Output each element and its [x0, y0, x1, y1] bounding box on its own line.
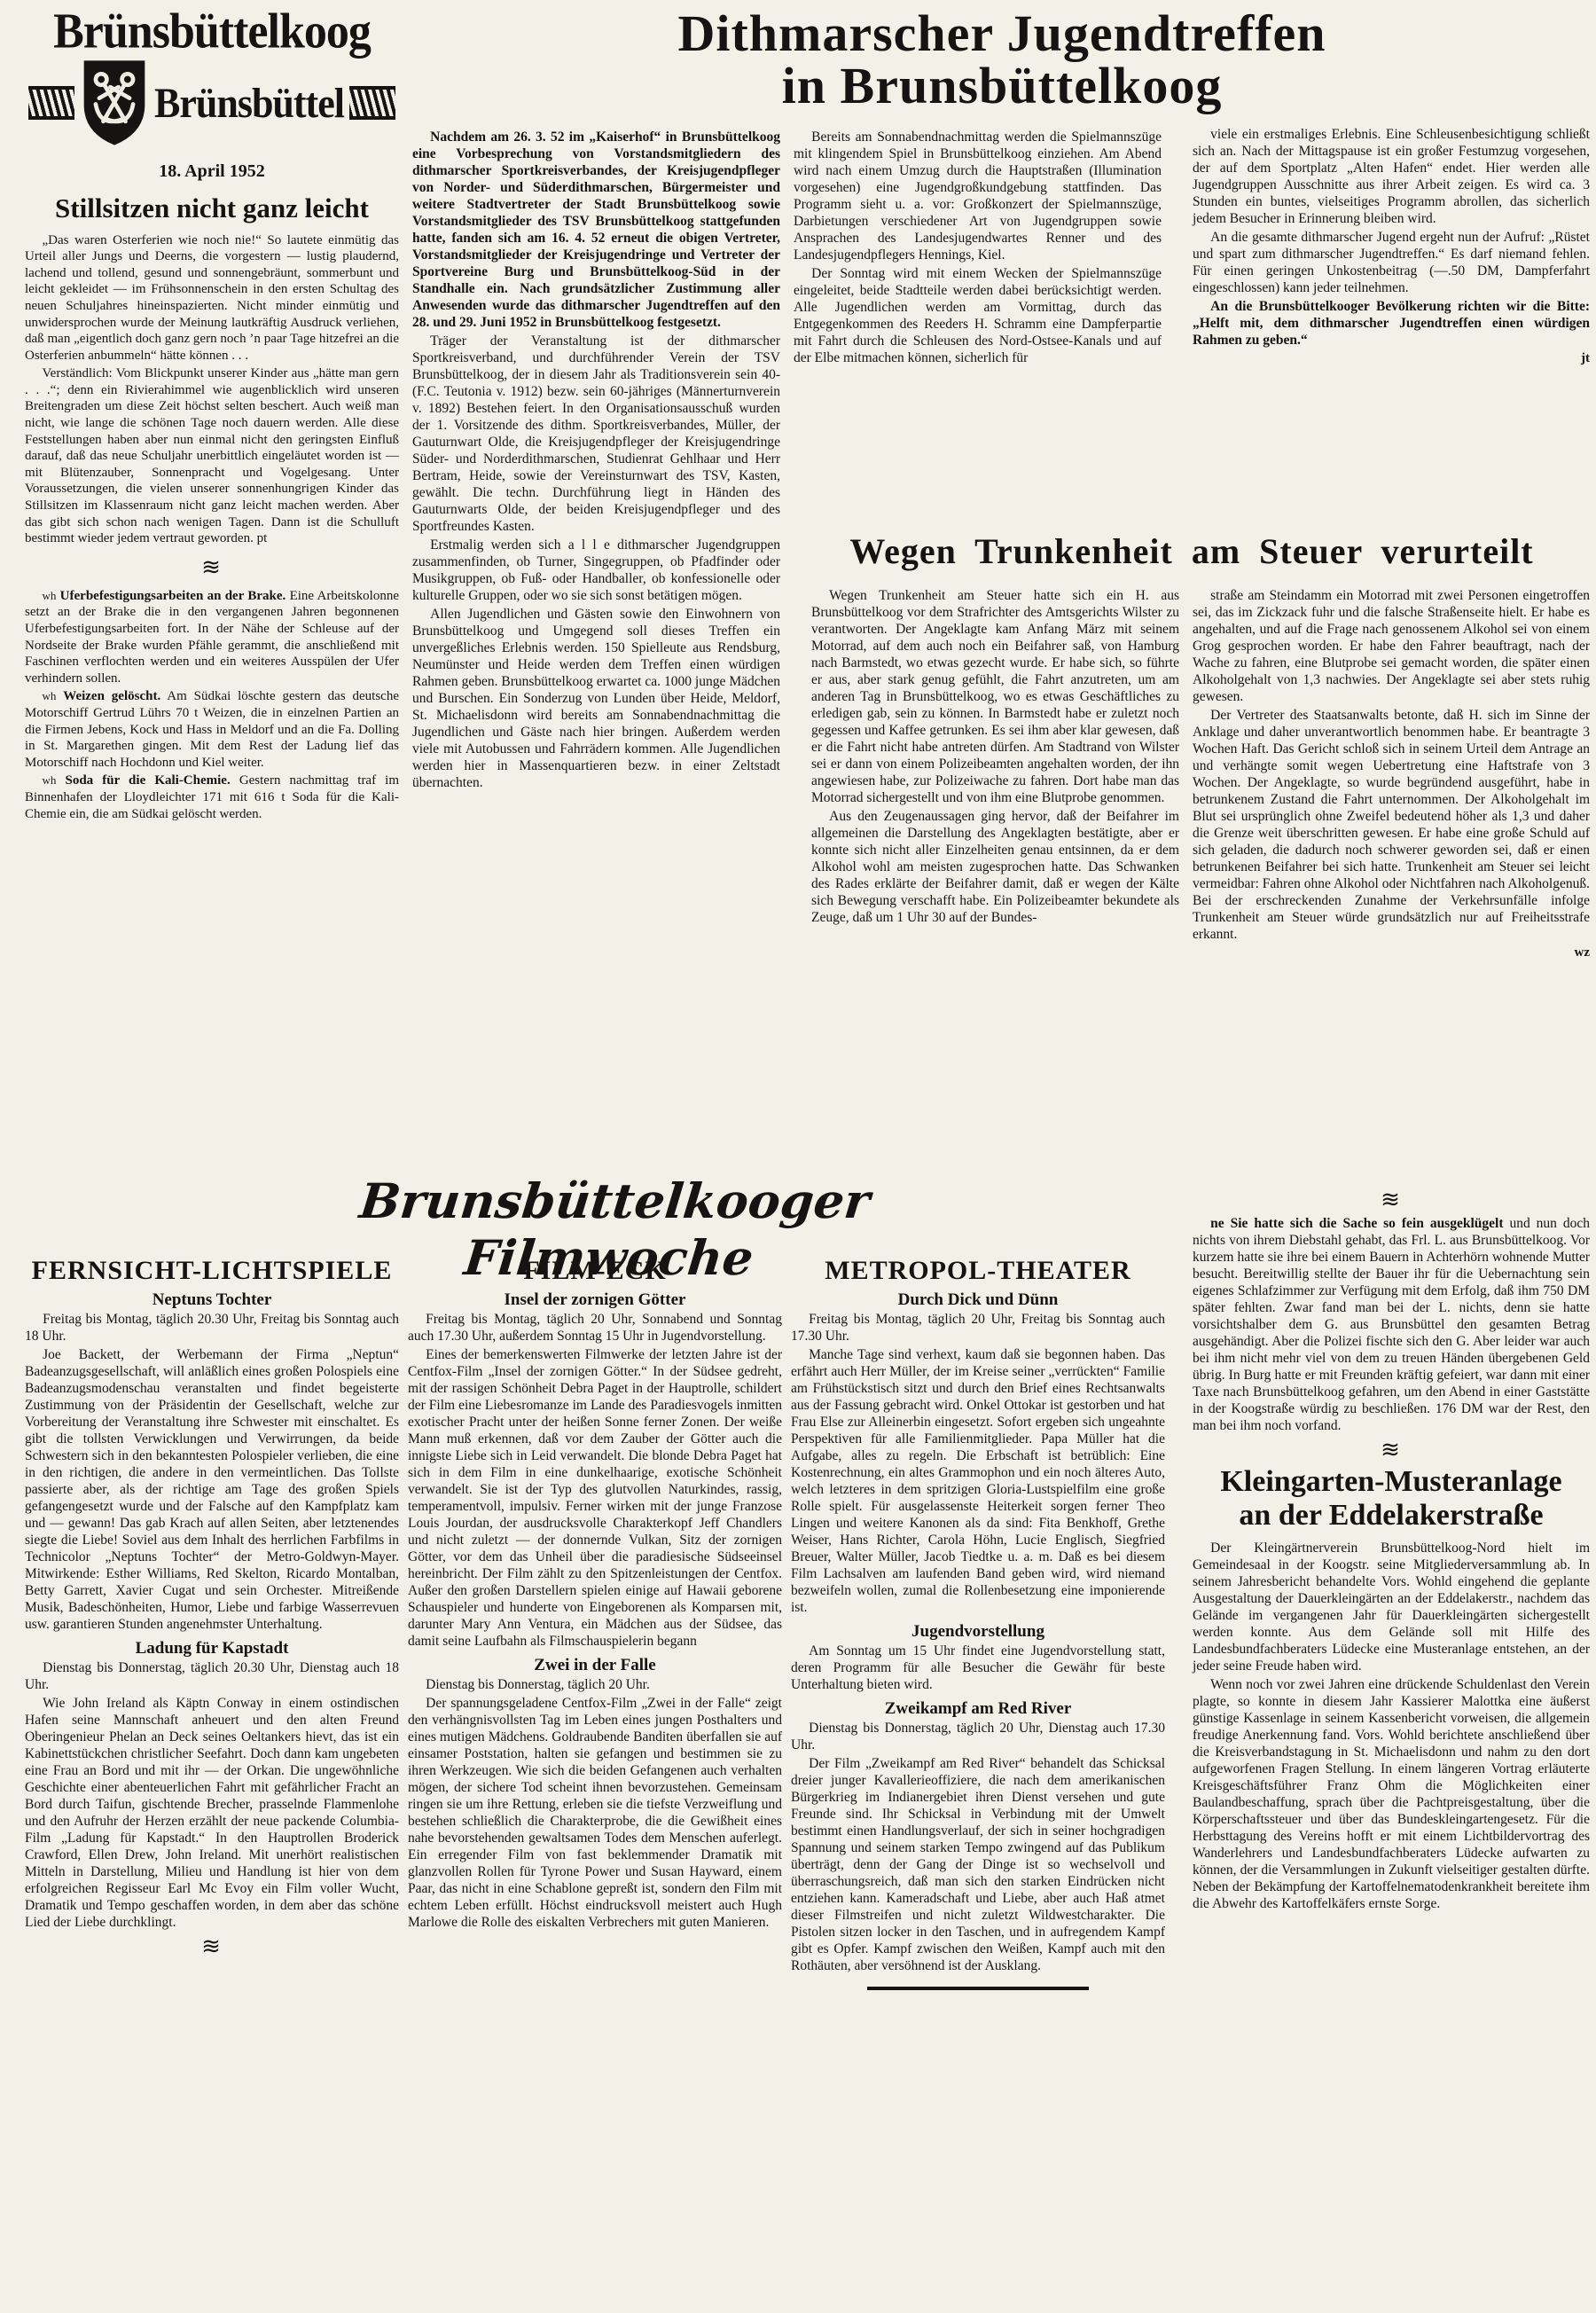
paragraph: Verständlich: Vom Blickpunkt unserer Kin… [25, 365, 399, 547]
cinema-name: METROPOL-THEATER [791, 1258, 1165, 1284]
left-column: Brünsbüttelkoog [25, 9, 399, 824]
film-title: Durch Dick und Dünn [791, 1291, 1165, 1309]
main-headline-line2: in Brunsbüttelkoog [417, 59, 1587, 112]
paragraph: An die Brunsbüttelkooger Bevölkerung ric… [1193, 298, 1590, 349]
issue-date: 18. April 1952 [25, 161, 399, 182]
brief-tag: wh [43, 589, 57, 602]
film-review: Eines der bemerkenswerten Filmwerke der … [408, 1346, 782, 1650]
paragraph: An die gesamte dithmarscher Jugend ergeh… [1193, 229, 1590, 296]
paragraph: Erstmalig werden sich a l l e dithmarsch… [412, 537, 780, 604]
film-times: Freitag bis Montag, täglich 20.30 Uhr, F… [25, 1311, 399, 1345]
author-initials: wz [1193, 945, 1590, 961]
film-title: Insel der zornigen Götter [408, 1291, 782, 1309]
author-initials: jt [1193, 350, 1590, 367]
paragraph: Der Vertreter des Staatsanwalts betonte,… [1193, 707, 1590, 943]
film-title: Ladung für Kapstadt [25, 1640, 399, 1658]
theft-article: ne Sie hatte sich die Sache so fein ausg… [1193, 1215, 1590, 1434]
film-title: Zwei in der Falle [408, 1657, 782, 1674]
main-headline-line1: Dithmarscher Jugendtreffen [417, 7, 1587, 59]
jugendvorstellung-text: Am Sonntag um 15 Uhr findet eine Jugendv… [791, 1643, 1165, 1693]
news-briefs: wh Uferbefestigungsarbeiten an der Brake… [25, 588, 399, 822]
paragraph: Allen Jugendlichen und Gästen sowie den … [412, 606, 780, 791]
paragraph: Der Sonntag wird mit einem Wecken der Sp… [794, 265, 1162, 366]
kleingarten-headline-line2: an der Eddelakerstraße [1193, 1499, 1590, 1533]
trunkenheit-col1: Wegen Trunkenheit am Steuer hatte sich e… [811, 587, 1179, 928]
wavy-separator-icon: ≋ [1193, 1441, 1590, 1458]
cinema-name: FERNSICHT-LICHTSPIELE [25, 1258, 399, 1284]
news-brief: wh Soda für die Kali-Chemie. Gestern nac… [25, 772, 399, 822]
masthead: Brünsbüttelkoog [25, 9, 399, 182]
film-title: Zweikampf am Red River [791, 1700, 1165, 1718]
ribbon-right-icon [349, 86, 395, 120]
film-review: Manche Tage sind verhext, kaum daß sie b… [791, 1346, 1165, 1616]
brief-tag: wh [43, 773, 57, 787]
brief-title: Soda für die Kali-Chemie. [65, 773, 230, 788]
wavy-separator-icon: ≋ [1193, 1191, 1590, 1208]
kleingarten-headline: Kleingarten-Musteranlage an der Eddelake… [1193, 1465, 1590, 1533]
theft-text: und nun doch nichts von ihrem Diebstahl … [1193, 1216, 1590, 1433]
jugendvorstellung-title: Jugendvorstellung [791, 1623, 1165, 1641]
cinema-filmeck-column: FILM-ECK Insel der zornigen Götter Freit… [408, 1258, 782, 1933]
film-review: Joe Backett, der Werbemann der Firma „Ne… [25, 1346, 399, 1633]
film-review: Der spannungsgeladene Centfox-Film „Zwei… [408, 1695, 782, 1931]
paragraph: Bereits am Sonnabendnachmittag werden di… [794, 129, 1162, 263]
paragraph: „Das waren Osterferien wie noch nie!“ So… [25, 232, 399, 365]
ribbon-left-icon [28, 86, 74, 120]
right-bottom-column: ≋ ne Sie hatte sich die Sache so fein au… [1193, 1184, 1590, 1914]
cinema-metropol-column: METROPOL-THEATER Durch Dick und Dünn Fre… [791, 1258, 1165, 1990]
masthead-row: Brünsbüttel [25, 57, 399, 149]
trunkenheit-col2: straße am Steindamm ein Motorrad mit zwe… [1193, 587, 1590, 961]
anchors-shield-icon [80, 57, 149, 149]
theft-lead: ne Sie hatte sich die Sache so fein ausg… [1210, 1216, 1503, 1231]
masthead-town-top: Brünsbüttelkoog [25, 7, 399, 57]
film-title: Neptuns Tochter [25, 1291, 399, 1309]
masthead-town-bottom: Brünsbüttel [154, 78, 344, 127]
jugend-col3: viele ein erstmaliges Erlebnis. Eine Sch… [1193, 126, 1590, 367]
paragraph: viele ein erstmaliges Erlebnis. Eine Sch… [1193, 126, 1590, 227]
paragraph: Wenn noch vor zwei Jahren eine drückende… [1193, 1676, 1590, 1912]
paragraph: straße am Steindamm ein Motorrad mit zwe… [1193, 587, 1590, 705]
brief-tag: wh [43, 689, 57, 702]
brief-title: Uferbefestigungsarbeiten an der Brake. [60, 589, 286, 603]
newspaper-page: { "masthead": { "town_top": "Brünsbüttel… [0, 0, 1596, 2313]
cinema-name: FILM-ECK [408, 1258, 782, 1284]
paragraph: Der Kleingärtnerverein Brunsbüttelkoog-N… [1193, 1540, 1590, 1674]
cinema-fernsicht-column: FERNSICHT-LICHTSPIELE Neptuns Tochter Fr… [25, 1258, 399, 1962]
kleingarten-headline-line1: Kleingarten-Musteranlage [1193, 1465, 1590, 1499]
brief-title: Weizen gelöscht. [63, 689, 160, 703]
film-times: Dienstag bis Donnerstag, täglich 20.30 U… [25, 1659, 399, 1693]
wavy-separator-icon: ≋ [25, 1938, 399, 1955]
brief-text: Eine Arbeitskolonne setzt an der Brake d… [25, 589, 399, 686]
paragraph: Träger der Veranstaltung ist der dithmar… [412, 333, 780, 535]
news-brief: wh Weizen gelöscht. Am Südkai löschte ge… [25, 688, 399, 771]
main-headline: Dithmarscher Jugendtreffen in Brunsbütte… [417, 7, 1587, 112]
article-headline-stillsitzen: Stillsitzen nicht ganz leicht [25, 194, 399, 223]
end-rule [867, 1987, 1089, 1990]
film-times: Freitag bis Montag, täglich 20 Uhr, Sonn… [408, 1311, 782, 1345]
trunkenheit-headline: Wegen Trunkenheit am Steuer verurteilt [794, 530, 1590, 572]
jugend-col2: Bereits am Sonnabendnachmittag werden di… [794, 129, 1162, 368]
paragraph: Aus den Zeugenaussagen ging hervor, daß … [811, 808, 1179, 926]
wavy-separator-icon: ≋ [25, 554, 399, 581]
film-times: Dienstag bis Donnerstag, täglich 20 Uhr. [408, 1676, 782, 1693]
film-times: Dienstag bis Donnerstag, täglich 20 Uhr,… [791, 1720, 1165, 1753]
news-brief: wh Uferbefestigungsarbeiten an der Brake… [25, 588, 399, 687]
film-times: Freitag bis Montag, täglich 20 Uhr, Frei… [791, 1311, 1165, 1345]
jugend-col1: Nachdem am 26. 3. 52 im „Kaiserhof“ in B… [412, 129, 780, 793]
paragraph: Nachdem am 26. 3. 52 im „Kaiserhof“ in B… [412, 129, 780, 331]
film-review: Der Film „Zweikampf am Red River“ behand… [791, 1755, 1165, 1974]
article-stillsitzen-body: „Das waren Osterferien wie noch nie!“ So… [25, 232, 399, 547]
film-review: Wie John Ireland als Käptn Conway in ein… [25, 1695, 399, 1931]
paragraph: Wegen Trunkenheit am Steuer hatte sich e… [811, 587, 1179, 806]
